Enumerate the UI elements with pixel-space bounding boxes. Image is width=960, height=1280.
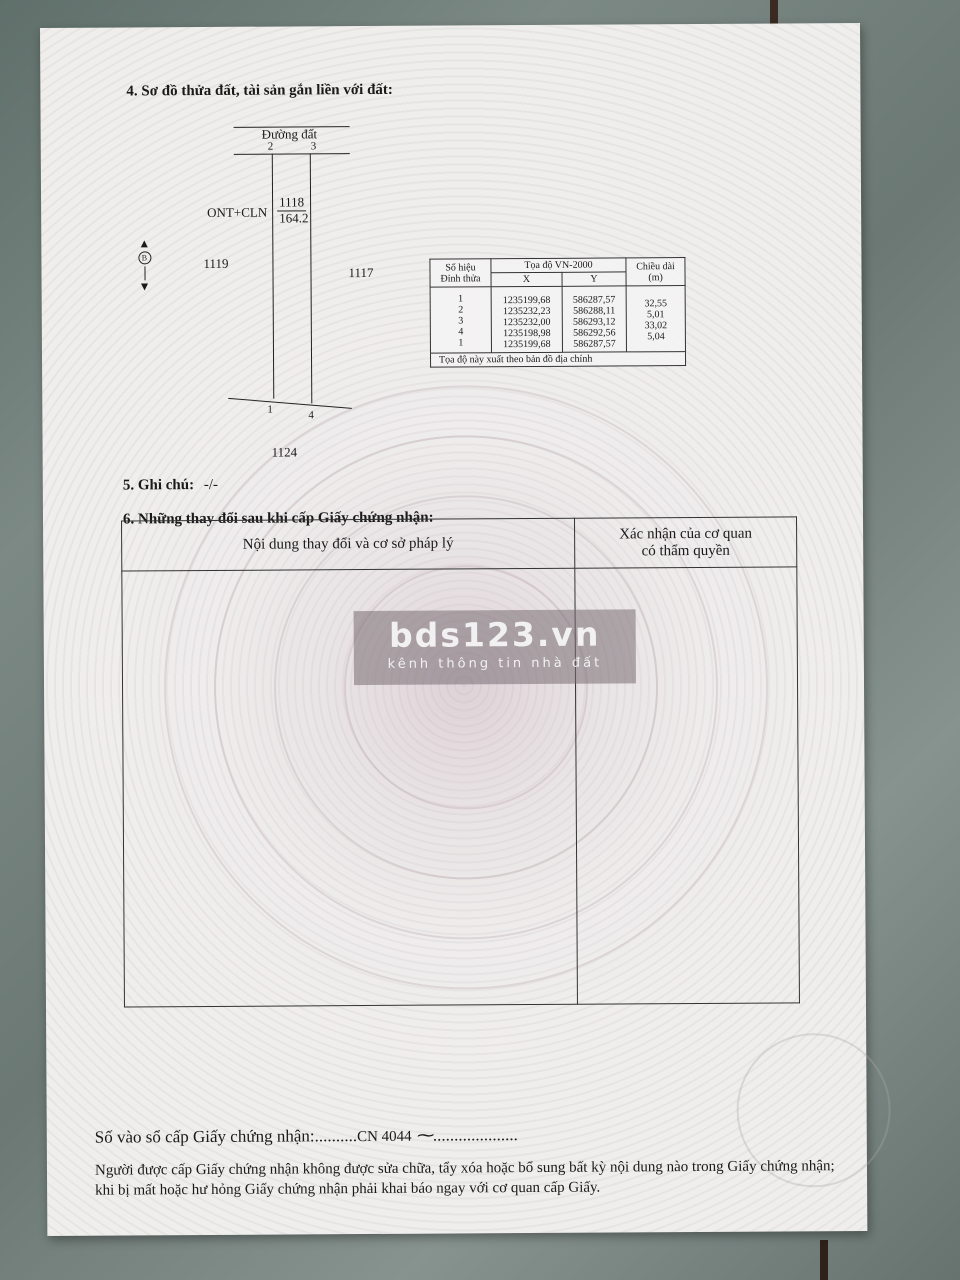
coord-table-footer: Tọa độ này xuất theo bản đồ địa chính [430,352,685,368]
header-vertex: Số hiệuĐỉnh thửa [430,259,491,287]
registry-number-line: Số vào sổ cấp Giấy chứng nhận:..........… [95,1125,518,1148]
vertex-label-2: 2 [268,141,274,153]
floor-seam [820,1240,828,1280]
registry-label: Số vào sổ cấp Giấy chứng nhận: [95,1126,315,1146]
neighbor-parcel-1119: 1119 [203,256,228,272]
parcel-bottom-line [228,398,352,409]
col-authority-header: Xác nhận của cơ quancó thẩm quyền [575,517,797,568]
parcel-diagram: Đường đất 2 3 ONT+CLN 1118 164.2 ▲ B ▼ 1… [40,23,860,28]
neighbor-parcel-1124: 1124 [272,444,298,460]
vertex-label-1: 1 [267,404,273,416]
header-y: Y [562,272,626,286]
header-x: X [491,272,562,286]
coordinate-table: Số hiệuĐỉnh thửa Tọa độ VN-2000 Chiều dà… [429,257,686,368]
neighbor-parcel-1117: 1117 [348,265,373,281]
parcel-area: 164.2 [279,210,308,226]
footer-note: Người được cấp Giấy chứng nhận không đượ… [95,1156,855,1201]
section5-value: -/- [204,477,218,493]
table-row: 1 2 3 4 1 1235199,68 1235232,23 1235232,… [430,286,685,354]
vertex-label-3: 3 [311,140,317,152]
parcel-right-boundary [310,153,313,403]
header-coord: Tọa độ VN-2000 [491,258,626,273]
watermark-subtitle: kênh thông tin nhà đất [354,655,636,672]
certificate-page: 4. Sơ đồ thửa đất, tài sản gắn liền với … [40,23,867,1236]
land-use-code: ONT+CLN [207,205,267,221]
parcel-number: 1118 [277,194,306,211]
header-length: Chiều dài(m) [626,258,685,286]
parcel-left-boundary [272,154,274,399]
north-arrow-icon: ▲ B ▼ [137,237,151,307]
registry-value: CN 4044 [357,1129,412,1145]
vertex-label-4: 4 [308,409,314,421]
signature-scribble: ⁓ [416,1126,433,1145]
section5: 5. Ghi chú: -/- [123,477,218,495]
section4-heading: 4. Sơ đồ thửa đất, tài sản gắn liền với … [126,82,393,101]
watermark: bds123.vn kênh thông tin nhà đất [354,609,636,685]
watermark-title: bds123.vn [354,613,636,657]
col-change-content-header: Nội dung thay đổi và cơ sở pháp lý [122,518,575,571]
changes-table: Nội dung thay đổi và cơ sở pháp lý Xác n… [121,516,800,1007]
road-bottom-line [234,153,350,155]
section5-heading: 5. Ghi chú: [123,477,194,493]
